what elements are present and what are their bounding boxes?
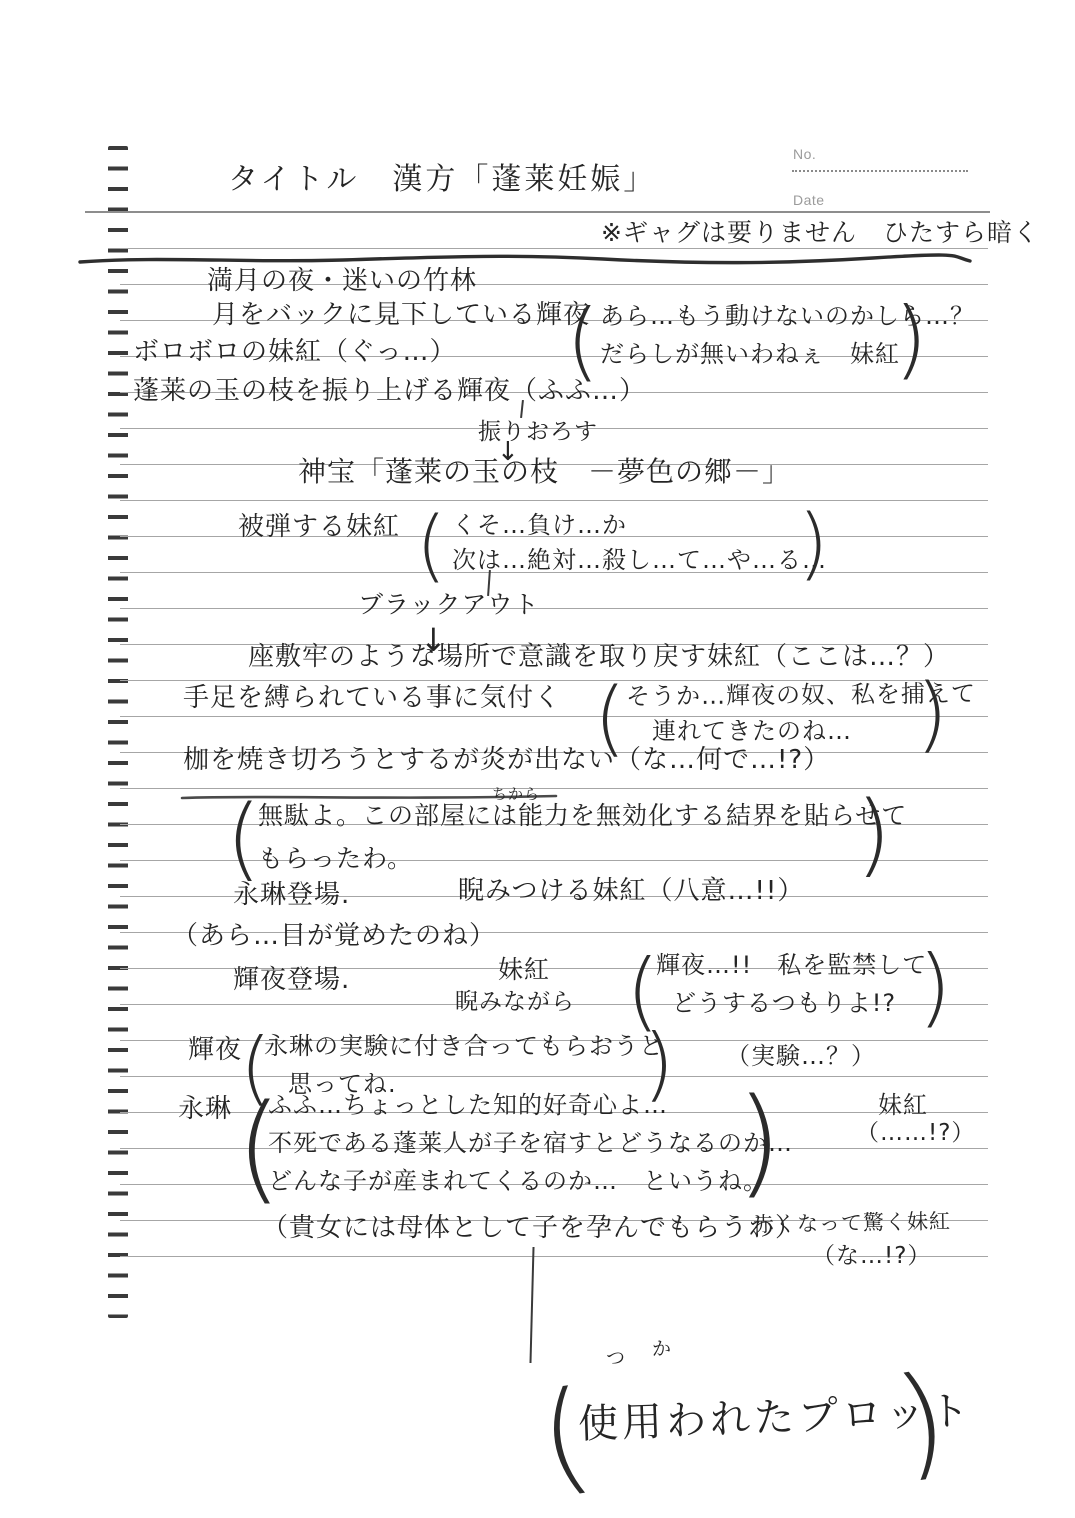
tsuka-furigana-1: つ	[606, 1348, 626, 1370]
connector-line-long	[529, 1247, 534, 1363]
mokou-demand-line1: 輝夜…!! 私を監禁して	[656, 952, 927, 980]
dialog2-paren-close: )	[798, 505, 828, 583]
eirin-exp-line2: 不死である蓬莱人が子を宿すとどうなるのか…	[268, 1130, 793, 1158]
dialog1-paren-close: )	[894, 296, 928, 382]
dialog7-paren-close: )	[736, 1082, 782, 1200]
blackout-note: ブラックアウト	[358, 591, 540, 620]
eirin-awake: （あら…目が覚めたのね）	[172, 922, 496, 952]
eirin-exp-line1: ふふ…ちょっとした知的好奇心よ…	[268, 1092, 668, 1120]
kaguya-appear: 輝夜登場.	[233, 966, 350, 996]
mokou-speaker-label: 妹紅	[498, 956, 550, 985]
kaguya-lookdown: 月をバックに見下している輝夜	[212, 301, 590, 331]
eirin-speaker-label: 永琳	[178, 1095, 232, 1125]
zashikiro-line: 座敷牢のような場所で意識を取り戻す妹紅（ここは…？）	[248, 643, 950, 673]
muda-line2: もらったわ。	[258, 845, 413, 874]
botai-line: （貴女には母体として子を孕んでもらうわ）	[262, 1214, 802, 1244]
scene-fullmoon: 満月の夜・迷いの竹林	[207, 267, 477, 297]
glaring-note: 睨みながら	[455, 989, 575, 1015]
tsuka-furigana-2: か	[652, 1339, 672, 1361]
date-label: Date	[793, 192, 825, 208]
dialog2-paren-open: (	[416, 507, 446, 585]
mokou-demand-line2: どうするつもりよ!?	[672, 990, 896, 1018]
bound-line: 手足を縛られている事に気付く	[183, 684, 561, 714]
mokou-stunned: （……!?）	[856, 1120, 975, 1146]
glare-mokou: 睨みつける妹紅（八意…!!）	[458, 877, 804, 907]
eirin-exp-line3: どんな子が産まれてくるのか… というね。	[268, 1168, 768, 1196]
notebook-page: No. Date タイトル 漢方「蓬莱妊娠」 ※ギャグは要りません ひたすら暗く…	[0, 0, 1075, 1518]
furiorosu-note: 振りおろす	[478, 419, 598, 445]
gag-note: ※ギャグは要りません ひたすら暗く	[601, 219, 1039, 248]
mokou-curse-line2: 次は…絶対…殺し…て…や…る…	[452, 547, 827, 575]
mokou-side-label: 妹紅	[878, 1092, 928, 1120]
kaguya-raise: 蓬莱の玉の枝を振り上げる輝夜（ふふ…）	[133, 377, 646, 407]
akaku-note: 赤くなって驚く妹紅	[753, 1209, 951, 1237]
na-shock: （な…!?）	[812, 1243, 931, 1269]
hand-drawn-divider	[78, 251, 973, 267]
page-title: タイトル 漢方「蓬莱妊娠」	[228, 163, 656, 198]
bottom-paren-close: )	[889, 1357, 955, 1485]
header-rule-line	[85, 211, 990, 213]
no-label: No.	[793, 146, 816, 162]
dialog5-paren-close: )	[918, 944, 952, 1030]
kase-line: 枷を焼き切ろうとするが炎が出ない（な…何で…!?）	[183, 746, 830, 776]
spellcard-name: 神宝「蓬莱の玉の枝 －夢色の郷－」	[298, 456, 791, 488]
mokou-realize-line2: 連れてきたのね…	[652, 718, 852, 746]
kaguya-taunt-line2: だらしが無いわねぇ 妹紅	[600, 341, 900, 369]
dialog4-paren-close: )	[856, 790, 891, 880]
jikken-question: （実験…？）	[726, 1043, 876, 1071]
kaguya-exp-line1: 永琳の実験に付き合ってもらおうと	[264, 1033, 664, 1061]
no-dotted-line	[792, 168, 968, 172]
eirin-appear: 永琳登場.	[233, 881, 350, 911]
muda-line1: 無駄よ。この部屋には能力を無効化する結界を貼らせて	[258, 802, 907, 831]
mokou-tattered: ボロボロの妹紅（ぐっ…）	[133, 338, 456, 368]
mokou-hit: 被弾する妹紅	[238, 513, 400, 543]
kaguya-speaker-label: 輝夜	[188, 1036, 242, 1066]
mokou-curse-line1: くそ…負け…か	[452, 512, 627, 540]
dialog4-paren-open: (	[226, 794, 261, 884]
dialog1-paren-open: (	[566, 298, 600, 384]
dialog3-paren-close: )	[916, 674, 948, 756]
